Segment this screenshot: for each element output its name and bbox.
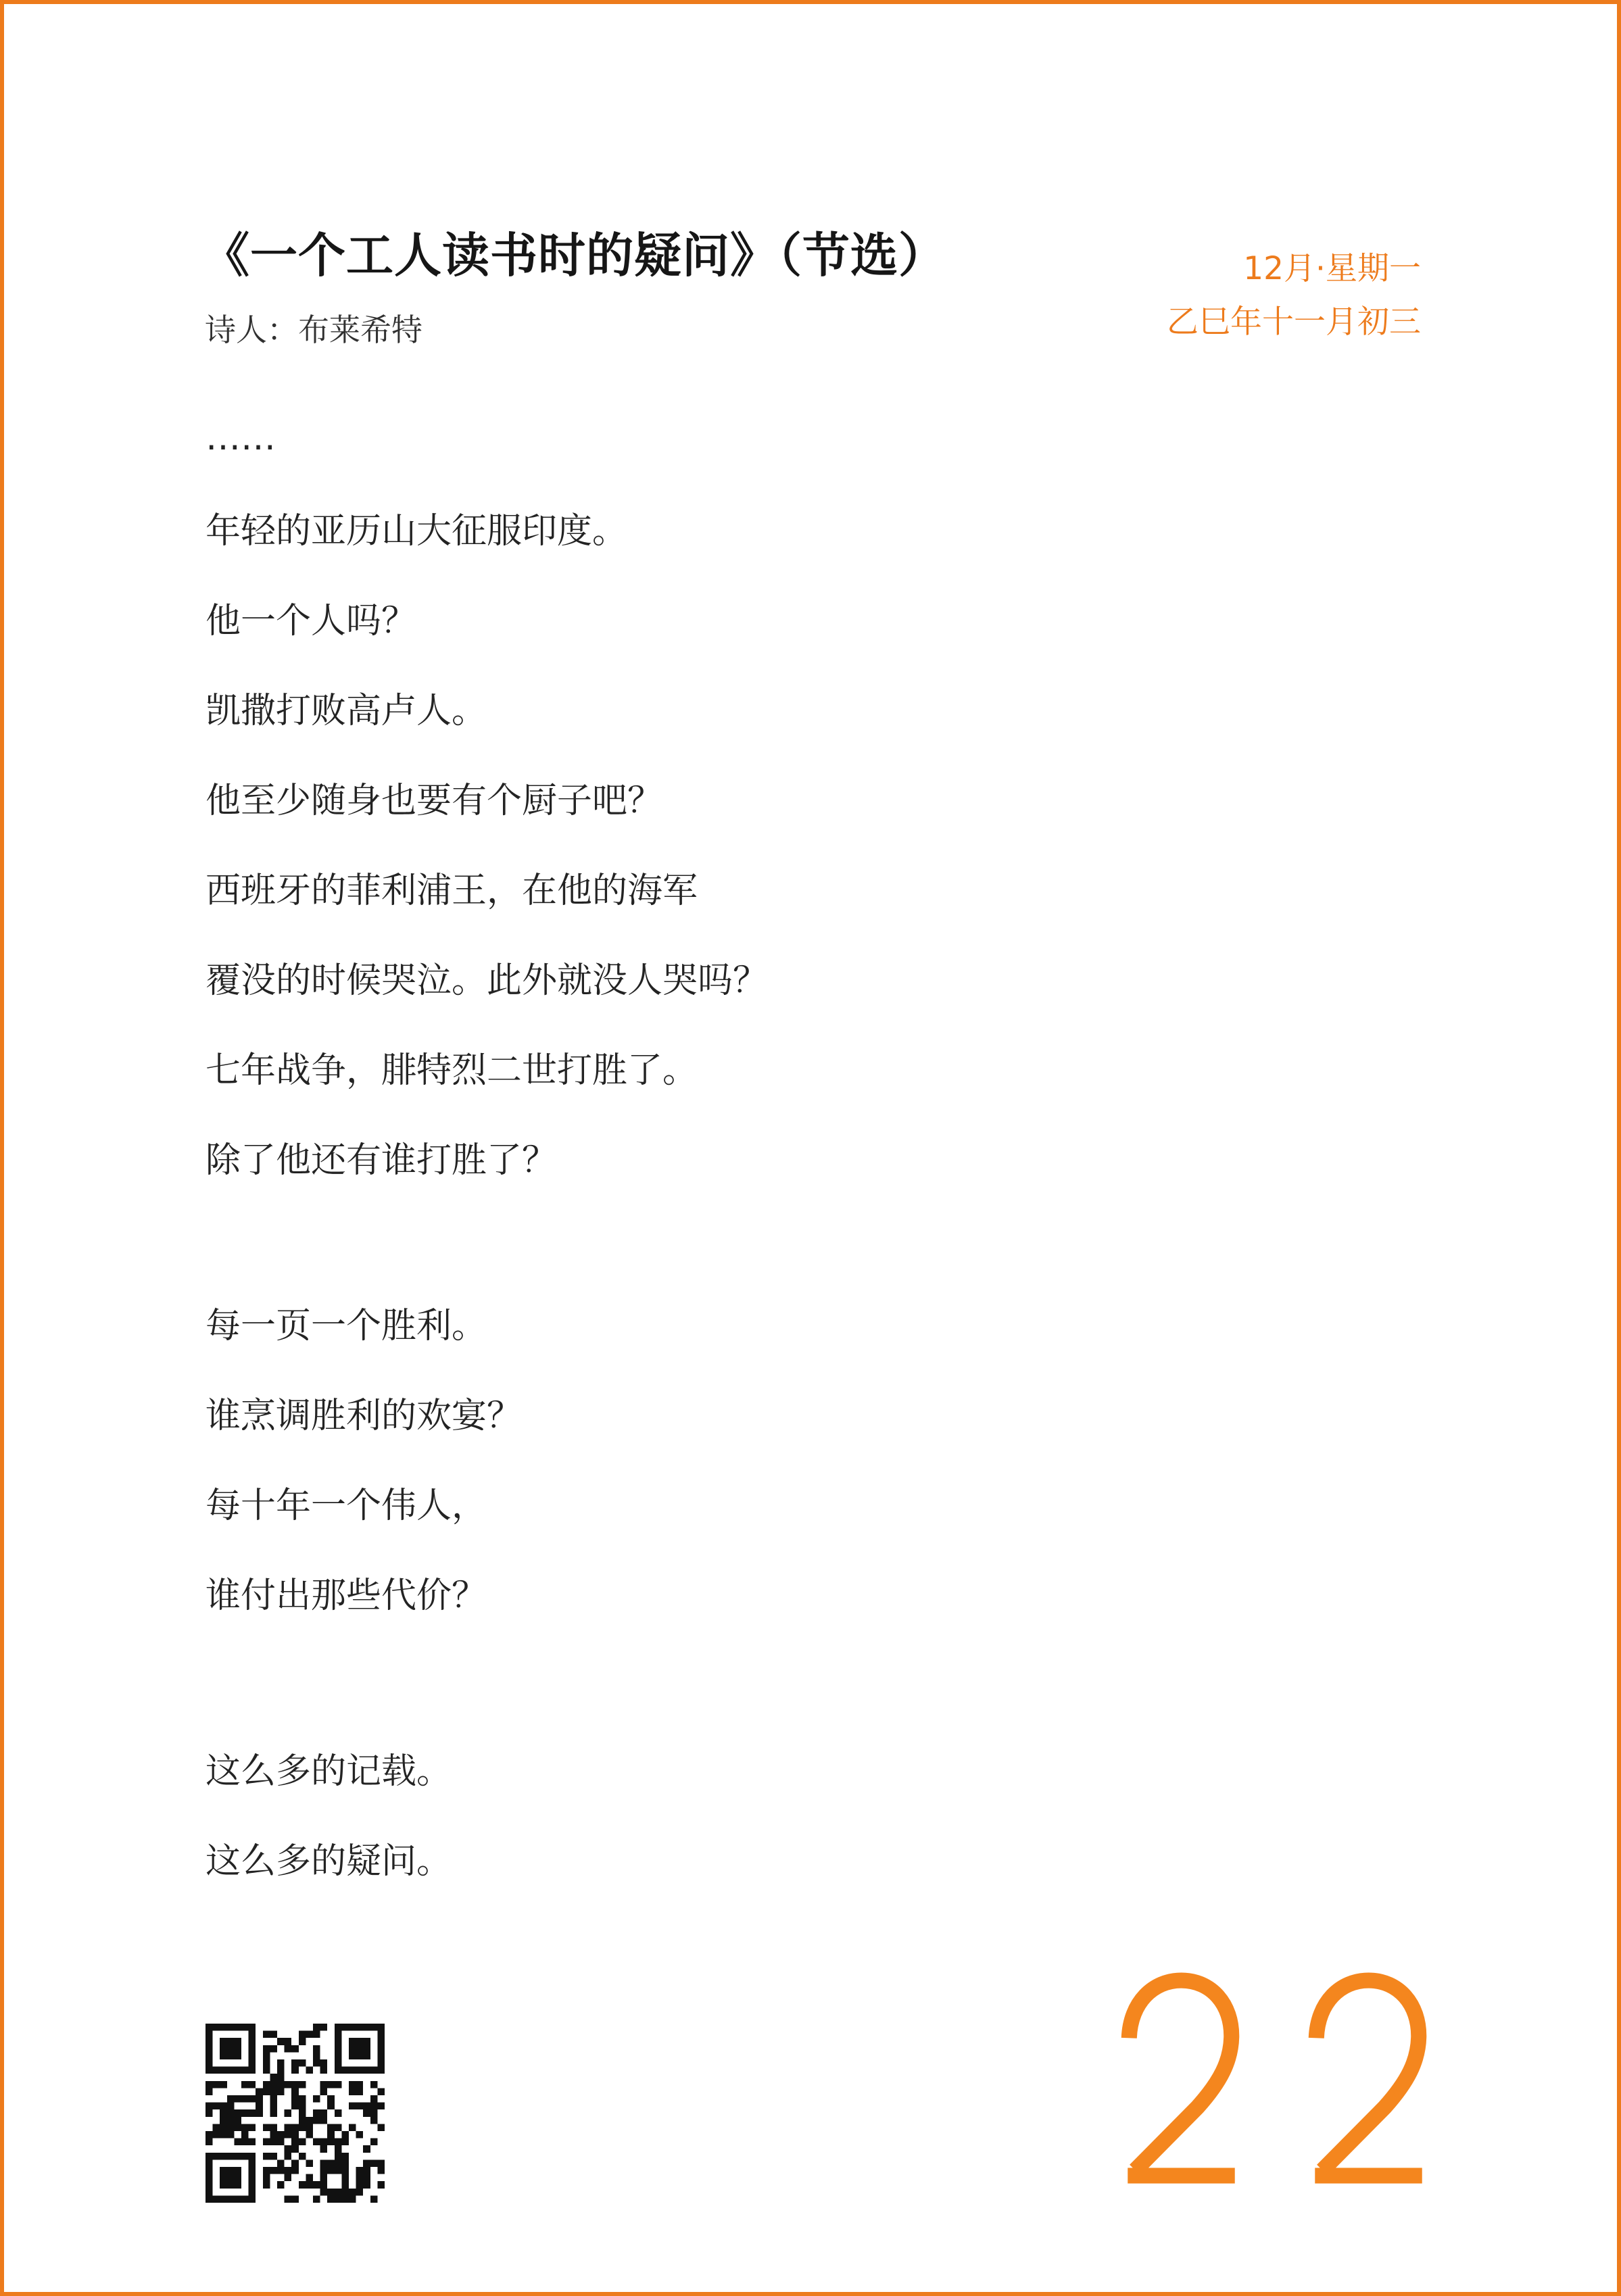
date-weekday: 12月·星期一 [1167,242,1421,295]
poem-line: 每十年一个伟人， [205,1457,1219,1547]
poem-line: 他一个人吗？ [205,572,1219,662]
calendar-page: 《一个工人读书时的疑问》（节选） 诗人：布莱希特 12月·星期一 乙巳年十一月初… [0,0,1621,2296]
day-number: 22 [1119,1972,1429,2197]
author-label: 诗人：布莱希特 [205,306,422,350]
poem-line: 谁付出那些代价？ [205,1547,1219,1637]
poem-line: 除了他还有谁打胜了？ [205,1112,1219,1202]
poem-line: 年轻的亚历山大征服印度。 [205,483,1219,572]
poem-line: 每一页一个胜利。 [205,1277,1219,1367]
poem-line: 七年战争，腓特烈二世打胜了。 [205,1022,1219,1112]
poem-line: …… [205,393,1219,483]
poem: …… 年轻的亚历山大征服印度。 他一个人吗？ 凯撒打败高卢人。 他至少随身也要有… [205,393,1219,1903]
qr-code [205,2024,385,2203]
poem-line: 覆没的时候哭泣。此外就没人哭吗？ [205,932,1219,1022]
poem-line: 这么多的疑问。 [205,1813,1219,1903]
digit-2 [1307,1972,1429,2196]
poem-line: 谁烹调胜利的欢宴？ [205,1367,1219,1457]
poem-line: 西班牙的菲利浦王，在他的海军 [205,842,1219,932]
date-block: 12月·星期一 乙巳年十一月初三 [1167,242,1421,349]
poem-line: 凯撒打败高卢人。 [205,662,1219,752]
qr-code-icon [205,2193,385,2205]
poem-line: 他至少随身也要有个厨子吧？ [205,752,1219,842]
poem-line: 这么多的记载。 [205,1723,1219,1813]
page-title: 《一个工人读书时的疑问》（节选） [202,218,946,286]
digit-2 [1119,1972,1242,2196]
date-lunar: 乙巳年十一月初三 [1167,295,1421,349]
